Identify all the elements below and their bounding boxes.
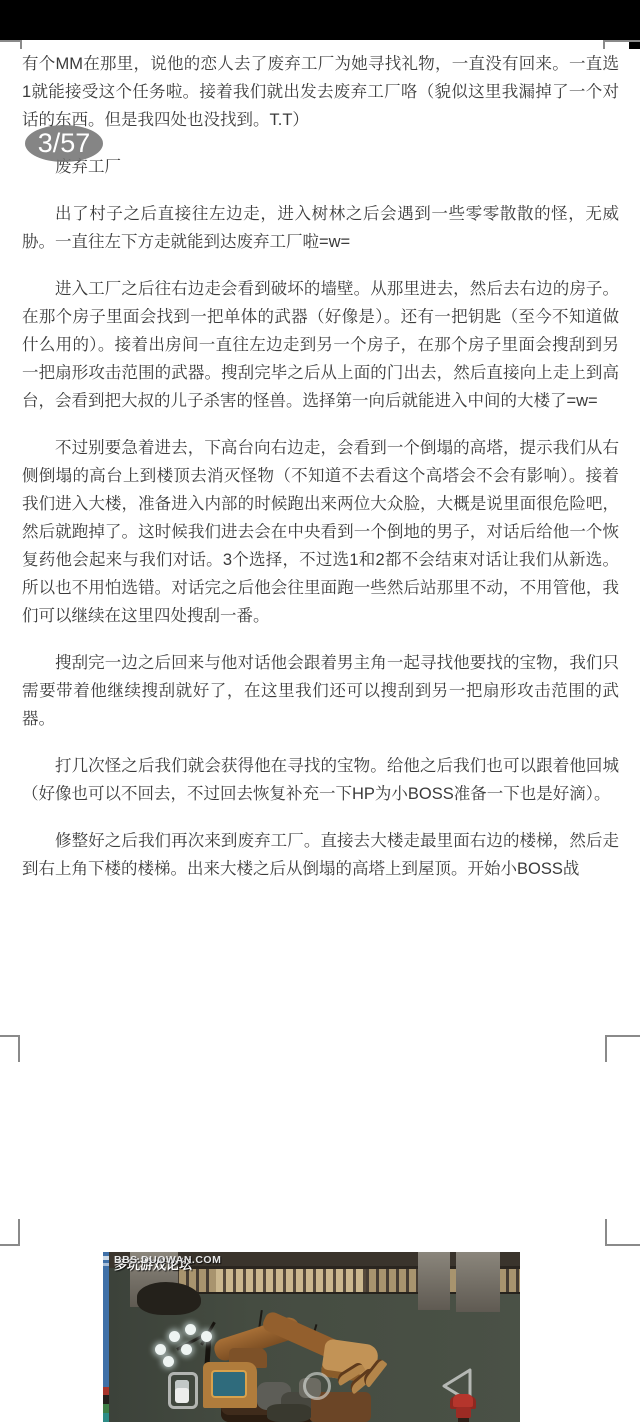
red-character-legs <box>458 1418 469 1422</box>
paragraph: 打几次怪之后我们就会获得他在寻找的宝物。给他之后我们也可以跟着他回城（好像也可以… <box>22 752 619 808</box>
document-text: 有个MM在那里，说他的恋人去了废弃工厂为她寻找礼物，一直没有回来。一直选1就能接… <box>22 50 619 902</box>
lamp-orb <box>201 1331 212 1342</box>
stone-lantern <box>175 1380 189 1403</box>
mech-cockpit-window <box>211 1370 247 1398</box>
section-heading: 废弃工厂 <box>22 153 619 181</box>
lamp-orb <box>185 1324 196 1335</box>
scene-pillar <box>418 1252 450 1310</box>
paragraph: 有个MM在那里，说他的恋人去了废弃工厂为她寻找礼物，一直没有回来。一直选1就能接… <box>22 50 619 134</box>
crop-mark-mid-left <box>0 1035 20 1062</box>
lamp-orb <box>163 1356 174 1367</box>
rock <box>267 1404 311 1422</box>
paragraph: 搜刮完一边之后回来与他对话他会跟着男主角一起寻找他要找的宝物，我们只需要带着他继… <box>22 649 619 733</box>
scene-bush <box>137 1282 201 1315</box>
scene-pillar <box>456 1252 500 1312</box>
lamp-orb <box>169 1331 180 1342</box>
paragraph: 不过别要急着进去，下高台向右边走，会看到一个倒塌的高塔，提示我们从右侧倒塌的高台… <box>22 434 619 630</box>
watermark-latin: BBS.DUOWAN.COM <box>114 1254 221 1266</box>
red-character <box>453 1394 473 1407</box>
home-circle-icon[interactable] <box>303 1372 331 1400</box>
red-character-body <box>456 1407 471 1418</box>
embedded-game-screenshot: 多玩游戏论坛 BBS.DUOWAN.COM <box>109 1252 520 1422</box>
page-indicator-badge: 3/57 <box>25 125 103 162</box>
crop-mark-top-right <box>603 40 640 49</box>
crop-mark-mid-right <box>605 1035 640 1062</box>
crop-mark-bottom-right <box>605 1219 640 1246</box>
lamp-orb <box>181 1344 192 1355</box>
paragraph: 进入工厂之后往右边走会看到破坏的墙壁。从那里进去，然后去右边的房子。在那个房子里… <box>22 275 619 415</box>
top-letterbox-bar <box>0 0 640 40</box>
crop-mark-bottom-left <box>0 1219 20 1246</box>
lamp-orb <box>155 1344 166 1355</box>
scene-fence-light <box>216 1269 366 1292</box>
reader-page[interactable]: 有个MM在那里，说他的恋人去了废弃工厂为她寻找礼物，一直没有回来。一直选1就能接… <box>0 0 640 1422</box>
paragraph: 修整好之后我们再次来到废弃工厂。直接去大楼走最里面右边的楼梯，然后走到右上角下楼… <box>22 827 619 883</box>
crop-mark-top-left <box>0 40 22 49</box>
paragraph: 出了村子之后直接往左边走，进入树林之后会遇到一些零零散散的怪，无威胁。一直往左下… <box>22 200 619 256</box>
